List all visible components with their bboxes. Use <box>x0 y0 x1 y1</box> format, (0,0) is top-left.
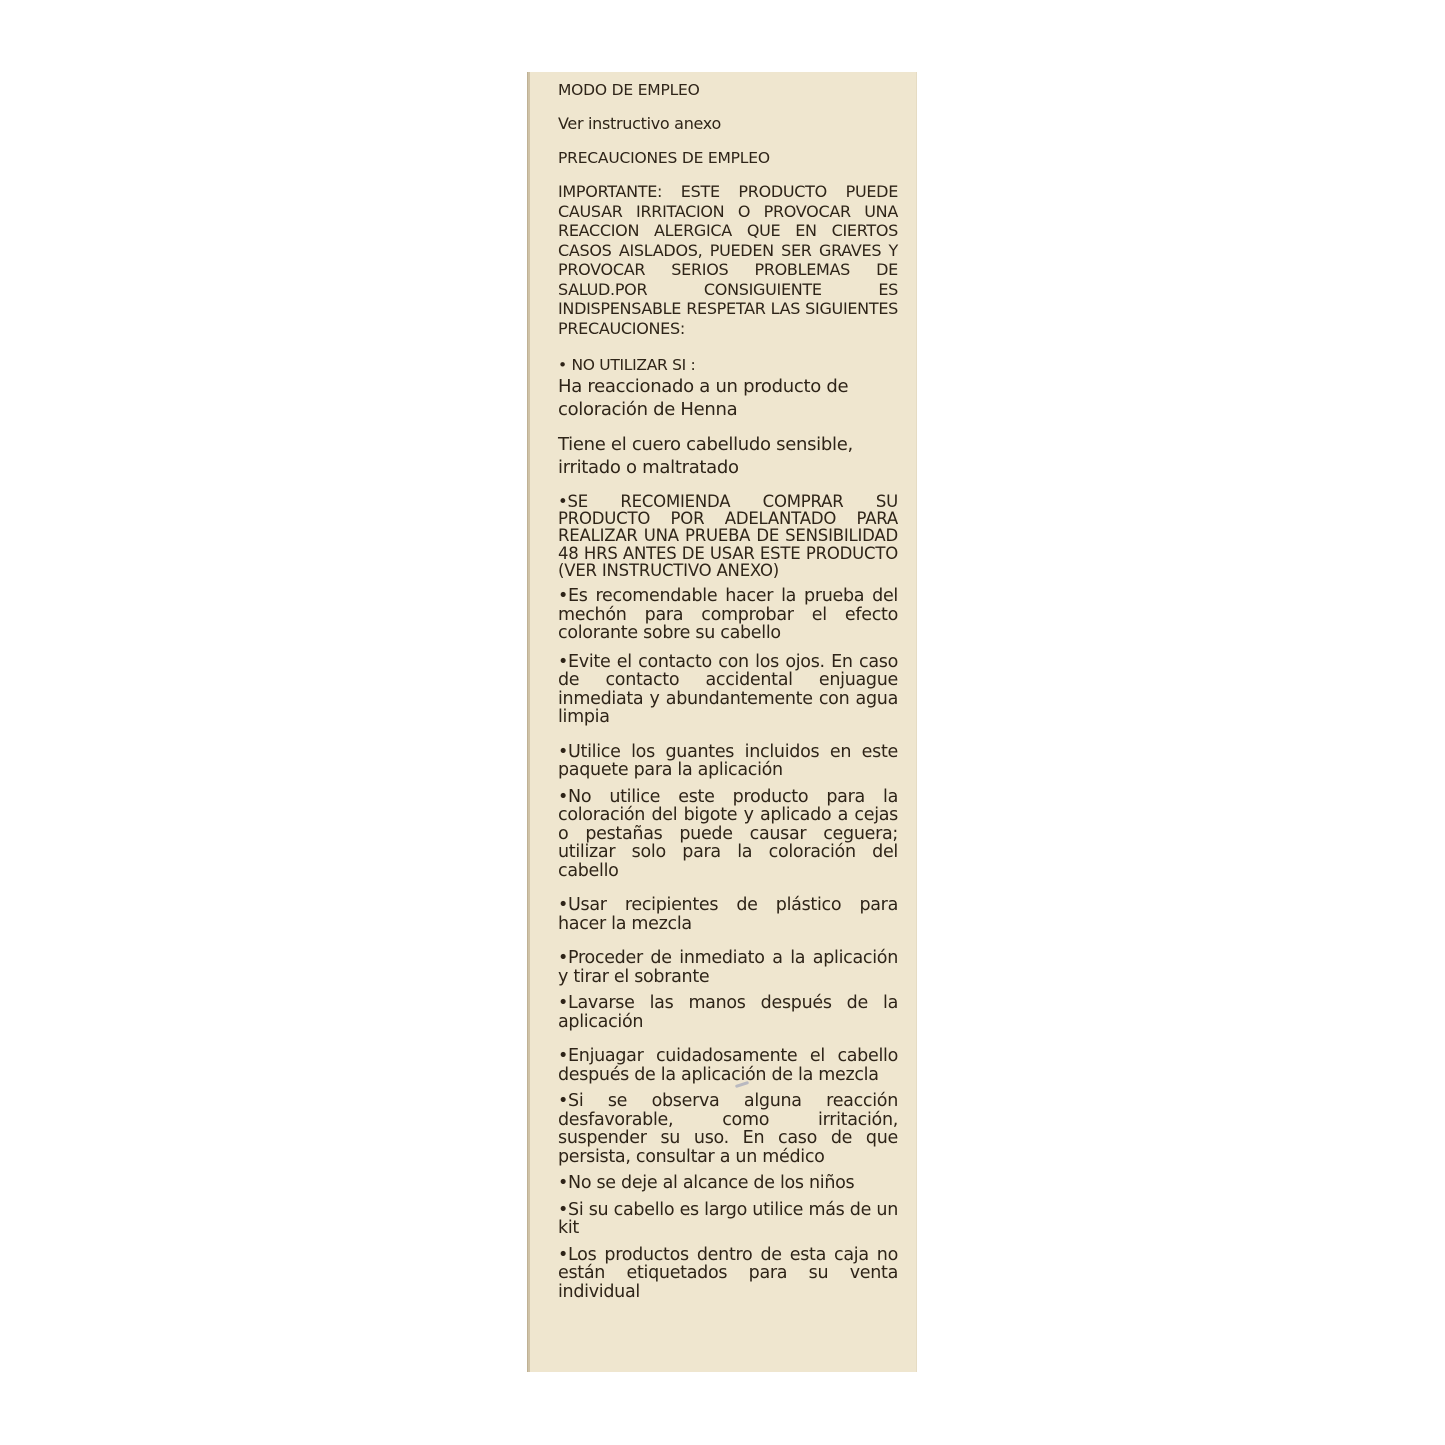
precaution-bullet: •Evite el contacto con los ojos. En caso… <box>558 653 898 727</box>
mode-of-use-text: Ver instructivo anexo <box>558 114 898 134</box>
precaution-bullet: •Usar recipientes de plástico para hacer… <box>558 896 898 933</box>
precaution-bullet: •Lavarse las manos después de la aplicac… <box>558 994 898 1031</box>
do-not-use-heading: • NO UTILIZAR SI : <box>558 356 898 375</box>
label-text-column: MODO DE EMPLEO Ver instructivo anexo PRE… <box>558 80 898 1309</box>
precaution-bullet: •Proceder de inmediato a la aplicación y… <box>558 949 898 986</box>
precaution-bullet: •Utilice los guantes incluidos en este p… <box>558 743 898 780</box>
mode-of-use-heading: MODO DE EMPLEO <box>558 80 898 100</box>
do-not-use-item: Ha reaccionado a un producto de coloraci… <box>558 375 898 421</box>
do-not-use-item: Tiene el cuero cabelludo sensible, irrit… <box>558 433 898 479</box>
precaution-bullet: •Los productos dentro de esta caja no es… <box>558 1246 898 1302</box>
product-box-side-panel: MODO DE EMPLEO Ver instructivo anexo PRE… <box>527 72 917 1372</box>
precaution-bullet: •No utilice este producto para la colora… <box>558 788 898 881</box>
precautions-heading: PRECAUCIONES DE EMPLEO <box>558 148 898 168</box>
sensitivity-test-recommendation: •SE RECOMIENDA COMPRAR SU PRODUCTO POR A… <box>558 493 898 579</box>
precaution-bullet: •Enjuagar cuidadosamente el cabello desp… <box>558 1047 898 1084</box>
precaution-bullet: •Si se observa alguna reacción desfavora… <box>558 1092 898 1166</box>
precaution-bullet: •No se deje al alcance de los niños <box>558 1174 898 1193</box>
important-warning: IMPORTANTE: ESTE PRODUCTO PUEDE CAUSAR I… <box>558 182 898 338</box>
precaution-bullet: •Es recomendable hacer la prueba del mec… <box>558 587 898 643</box>
precaution-bullet: •Si su cabello es largo utilice más de u… <box>558 1201 898 1238</box>
